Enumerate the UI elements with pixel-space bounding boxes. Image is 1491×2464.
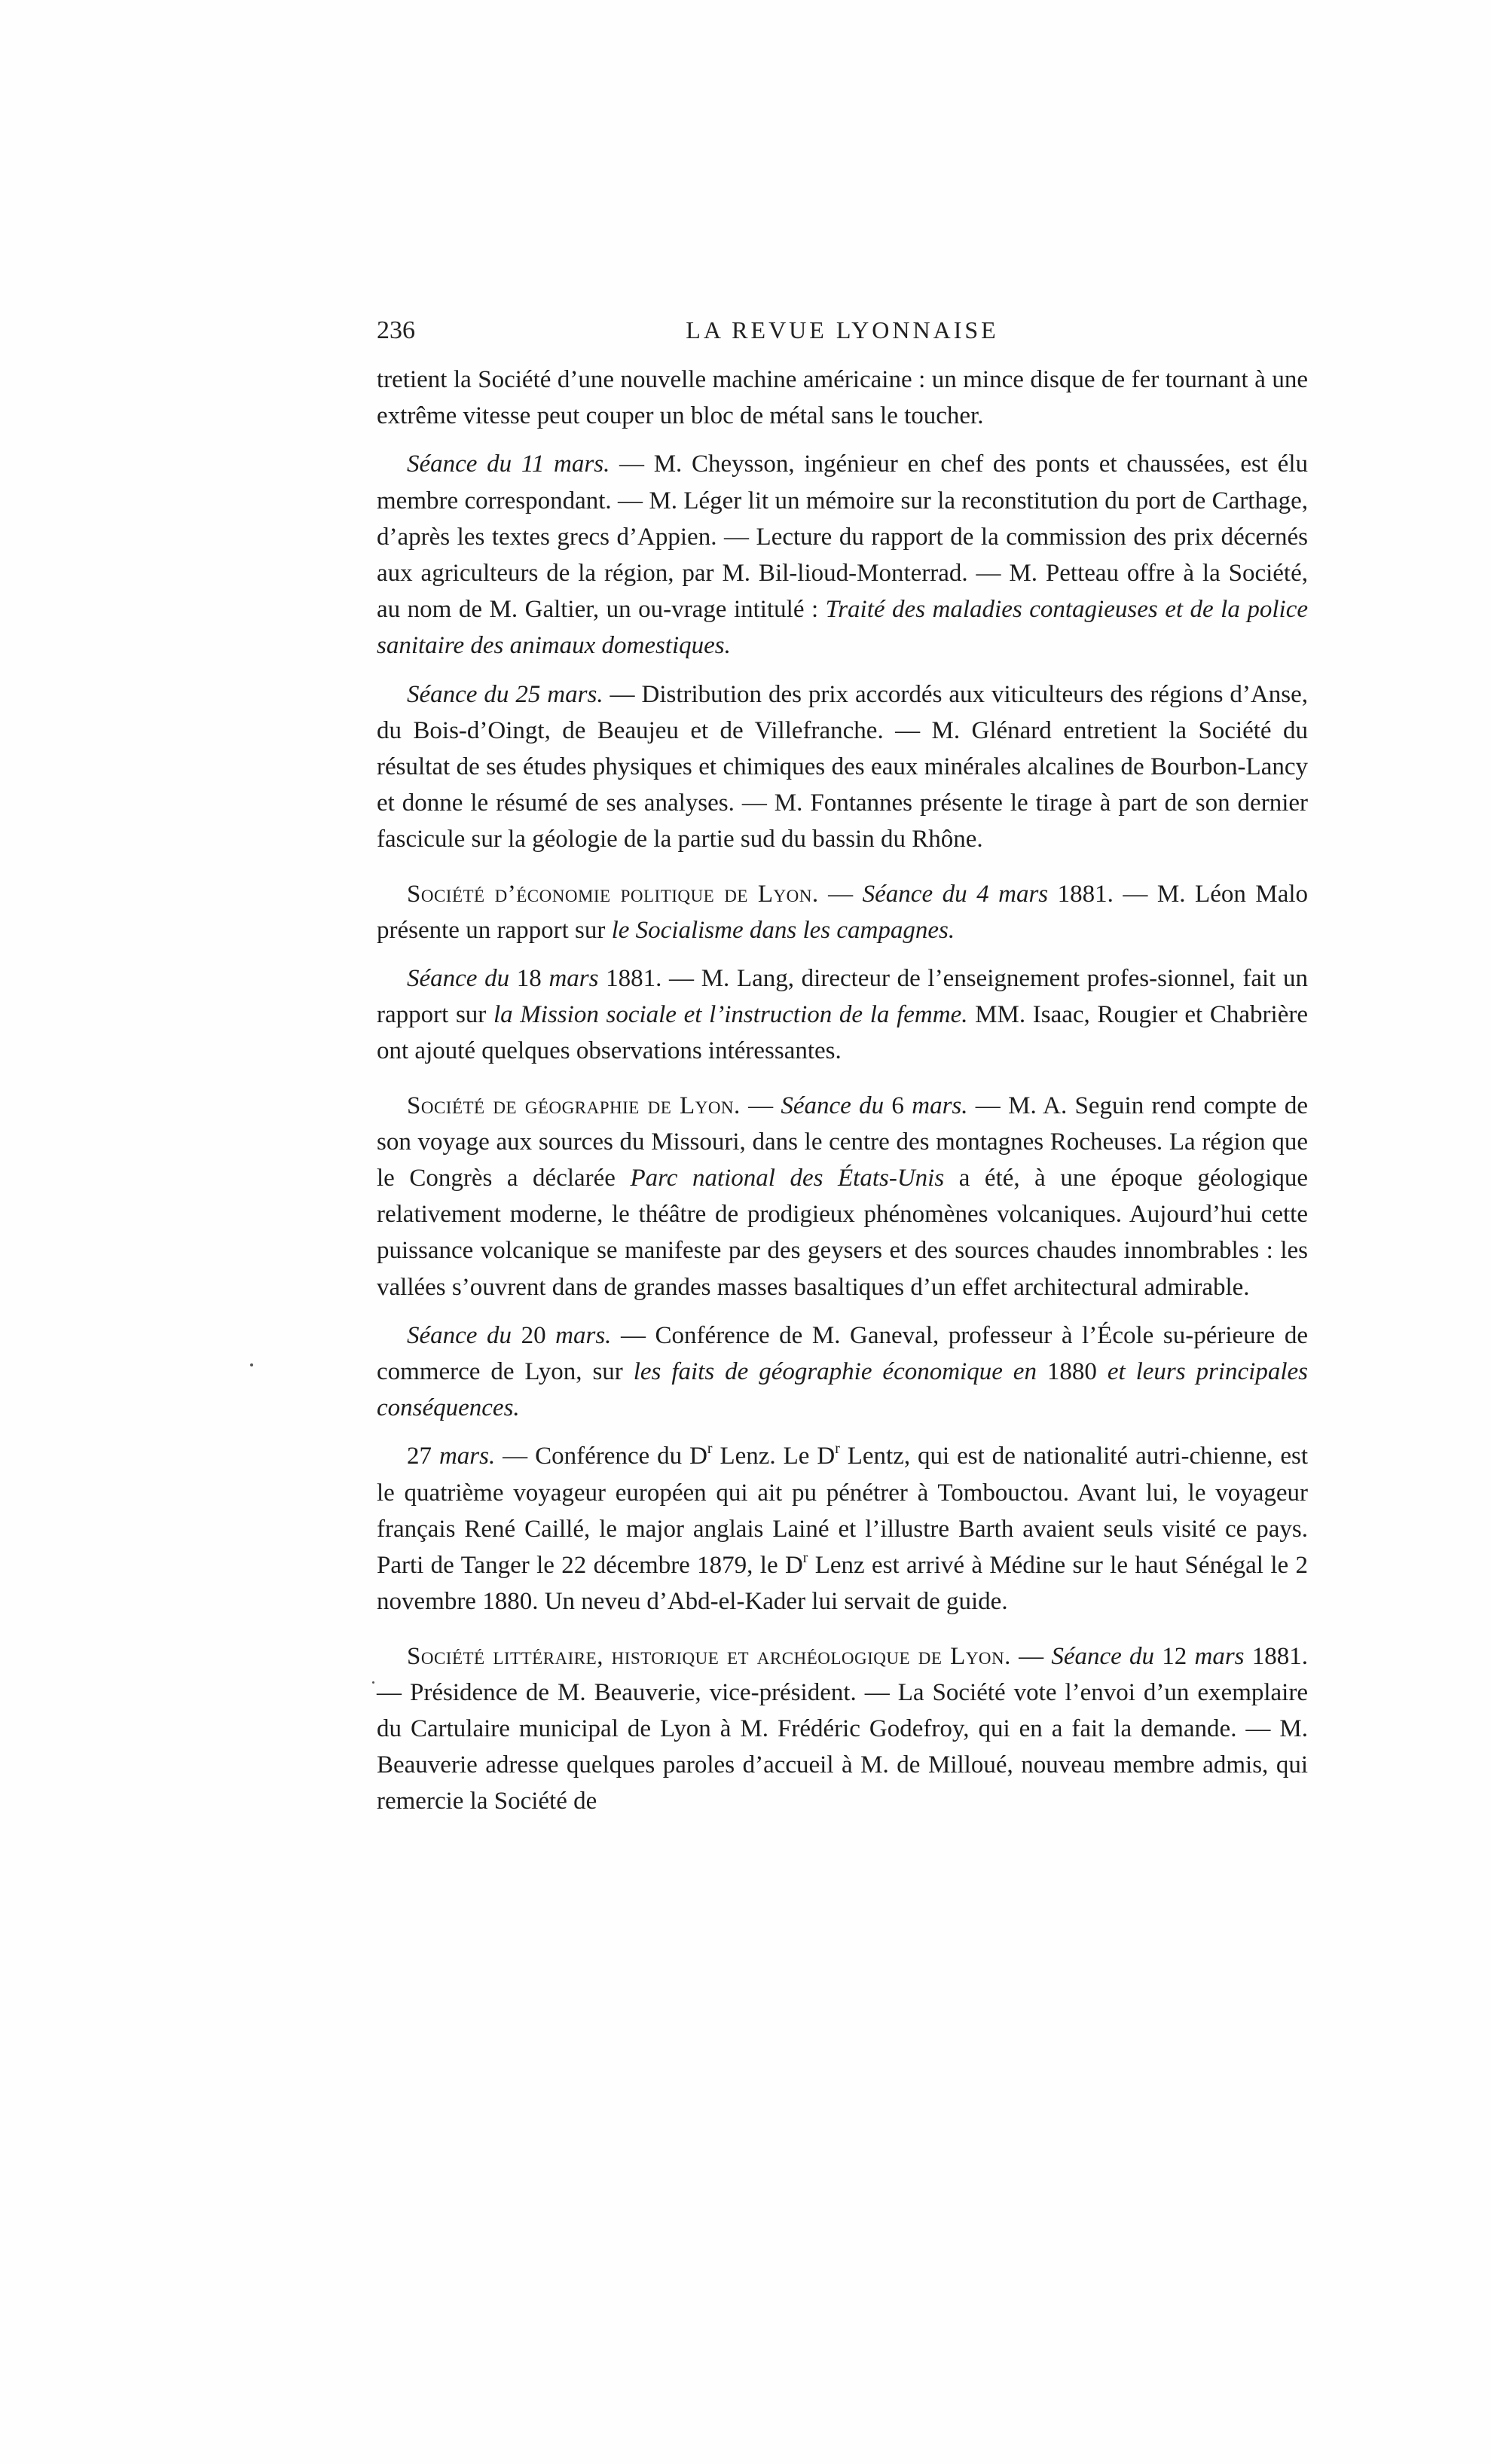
scan-speck [372,1681,374,1684]
italic-text: mars [548,965,598,992]
italic-text: mars. [555,1322,611,1349]
italic-text: la Mission sociale et l’instruction de l… [493,1001,968,1028]
italic-text: Séance du 11 mars. [407,450,610,478]
italic-text: Parc national des États-Unis [631,1165,945,1192]
running-head: 236 LA REVUE LYONNAISE [377,316,1308,353]
scanned-page: 236 LA REVUE LYONNAISE tretient la Socié… [0,0,1491,2464]
paragraph-societe-litteraire: Société littéraire, historique et archéo… [377,1638,1308,1820]
superscript: r [707,1441,713,1458]
paragraph-seance-11-mars: Séance du 11 mars. — M. Cheysson, ingéni… [377,446,1308,664]
paragraph-seance-20-mars: Séance du 20 mars. — Conférence de M. Ga… [377,1317,1308,1427]
superscript: r [835,1441,840,1458]
italic-text: Séance du 25 mars. [407,681,603,708]
text-run: — Conférence du D [495,1443,707,1470]
italic-text: Séance du [1051,1643,1154,1670]
society-name: Société de géographie de Lyon. [407,1092,741,1119]
society-name: Société littéraire, historique et archéo… [407,1643,1011,1670]
text-run: 6 [884,1092,912,1119]
text-run: 12 [1154,1643,1194,1670]
text-run: — [741,1092,781,1119]
text-run: tretient la Société d’une nouvelle machi… [377,366,1308,429]
text-run: 1880 [1037,1358,1108,1385]
italic-text: Séance du [407,1322,512,1349]
text-run: 20 [512,1322,555,1349]
italic-text: mars. [439,1443,495,1470]
italic-text: le Socialisme dans les campagnes. [612,917,955,944]
text-run: 18 [509,965,548,992]
italic-text: mars. [912,1092,967,1119]
scan-speck [250,1363,253,1366]
italic-text: Séance du [407,965,509,992]
body-text: tretient la Société d’une nouvelle machi… [377,362,1308,1820]
text-run: — [1011,1643,1051,1670]
text-run: 27 [407,1443,439,1470]
italic-text: les faits de géographie économique en [634,1358,1037,1385]
italic-text: Séance du [781,1092,884,1119]
paragraph-geographie: Société de géographie de Lyon. — Séance … [377,1088,1308,1305]
paragraph-27-mars: 27 mars. — Conférence du Dr Lenz. Le Dr … [377,1438,1308,1620]
paragraph-seance-25-mars: Séance du 25 mars. — Distribution des pr… [377,676,1308,858]
paragraph-seance-18-mars: Séance du 18 mars 1881. — M. Lang, direc… [377,960,1308,1070]
italic-text: mars [1194,1643,1244,1670]
paragraph-economie-politique: Société d’économie politique de Lyon. — … [377,876,1308,948]
paragraph-continuation: tretient la Société d’une nouvelle machi… [377,362,1308,434]
italic-text: Séance du 4 mars [863,881,1049,908]
text-run: — [819,881,863,908]
text-run: Lenz. Le D [713,1443,836,1470]
society-name: Société d’économie politique de Lyon. [407,881,819,908]
journal-title: LA REVUE LYONNAISE [377,316,1308,344]
